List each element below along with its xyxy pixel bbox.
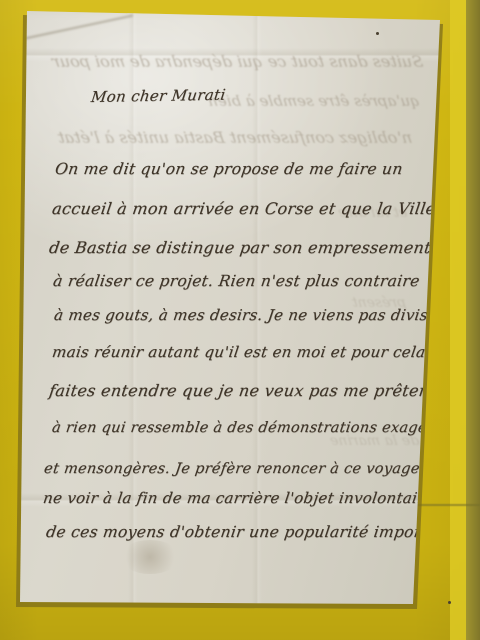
bleedthrough-line: n'obligez confusément Bastia unités à l'… [57, 128, 414, 147]
bleedthrough-fragment: de la marine [329, 433, 420, 449]
fold-crease-vertical-left [128, 0, 138, 640]
background-light-strip [450, 0, 467, 640]
letter-line: accueil à mon arrivée en Corse et que la… [51, 199, 437, 218]
bleedthrough-line: qu'après être semble à bien [207, 92, 421, 110]
letter-salutation: Mon cher Murati [90, 86, 227, 106]
ink-speck [376, 32, 379, 35]
letter-line: de ces moyens d'obtenir une popularité i… [45, 523, 465, 541]
letter-line: On me dit qu'on se propose de me faire u… [54, 160, 404, 178]
fold-crease-top [0, 48, 480, 62]
letter-line: à réaliser ce projet. Rien n'est plus co… [52, 272, 421, 290]
fold-crease-vertical-right [252, 0, 262, 640]
letter-line: de Bastia se distingue par son empressem… [48, 238, 432, 257]
background-crease-line [412, 504, 480, 506]
fold-crease-bottom [0, 493, 480, 507]
letter-line: mais réunir autant qu'il est en moi et p… [51, 343, 427, 361]
background-edge-shadow-band [466, 0, 480, 640]
fold-crease-corner [25, 15, 133, 40]
letter-line: faites entendre que je ne veux pas me pr… [48, 381, 428, 400]
dust-speck [448, 601, 451, 604]
letter-paper: Suites dans tout ce qui dépendra de moi … [0, 0, 480, 640]
bleedthrough-fragment: présent [351, 295, 407, 311]
bleedthrough-line: Suites dans tout ce qui dépendra de moi … [51, 52, 425, 71]
letter-line: à mes gouts, à mes desirs. Je ne viens p… [53, 306, 446, 324]
letter-line: et mensongères. Je préfère renoncer à ce… [43, 461, 477, 477]
letter-line: ne voir à la fin de ma carrière l'objet … [42, 489, 435, 507]
photograph: Suites dans tout ce qui dépendra de moi … [0, 0, 480, 640]
letter-line: à rien qui ressemble à des démonstration… [51, 420, 461, 436]
bleedthrough-fragment: et lui dire [337, 205, 408, 221]
bleedthrough-smudge [120, 540, 180, 574]
